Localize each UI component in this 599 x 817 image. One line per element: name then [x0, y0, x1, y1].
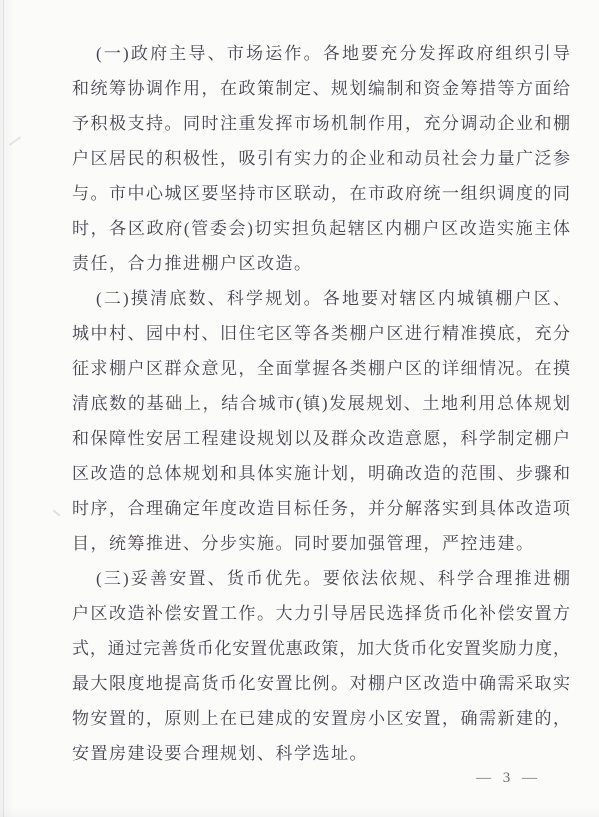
text-line: 时，各区政府(管委会)切实担负起辖区内棚户区改造实施主体	[72, 211, 570, 246]
text-line: (三)妥善安置、货币优先。要依法依规、科学合理推进棚	[72, 561, 570, 596]
text-line: 和统筹协调作用，在政策制定、规划编制和资金筹措等方面给	[72, 71, 570, 106]
text-line: 户区居民的积极性，吸引有实力的企业和动员社会力量广泛参	[72, 141, 570, 176]
scan-artifact	[9, 136, 22, 146]
text-line: 目，统筹推进、分步实施。同时要加强管理，严控违建。	[72, 526, 570, 561]
text-line: 式，通过完善货币化安置优惠政策，加大货币化安置奖励力度，	[72, 631, 570, 666]
text-line: (一)政府主导、市场运作。各地要充分发挥政府组织引导	[72, 36, 570, 71]
scan-artifact	[52, 509, 60, 516]
text-line: 最大限度地提高货币化安置比例。对棚户区改造中确需采取实	[72, 666, 570, 701]
text-line: 户区改造补偿安置工作。大力引导居民选择货币化补偿安置方	[72, 596, 570, 631]
page-number: — 3 —	[476, 768, 541, 788]
text-line: 城中村、园中村、旧住宅区等各类棚户区进行精准摸底，充分	[72, 316, 570, 351]
text-line: 时序，合理确定年度改造目标任务，并分解落实到具体改造项	[72, 491, 570, 526]
text-line: 清底数的基础上，结合城市(镇)发展规划、土地利用总体规划	[72, 386, 570, 421]
text-line: 与。市中心城区要坚持市区联动，在市政府统一组织调度的同	[72, 176, 570, 211]
scan-edge-artifact	[3, 0, 4, 817]
text-line: 予积极支持。同时注重发挥市场机制作用，充分调动企业和棚	[72, 106, 570, 141]
text-line: 区改造的总体规划和具体实施计划，明确改造的范围、步骤和	[72, 456, 570, 491]
text-line: 物安置的，原则上在已建成的安置房小区安置，确需新建的，	[72, 701, 570, 736]
text-line: 和保障性安居工程建设规划以及群众改造意愿，科学制定棚户	[72, 421, 570, 456]
scanned-document-page: (一)政府主导、市场运作。各地要充分发挥政府组织引导和统筹协调作用，在政策制定、…	[0, 0, 599, 817]
text-line: (二)摸清底数、科学规划。各地要对辖区内城镇棚户区、	[72, 281, 570, 316]
text-line: 征求棚户区群众意见，全面掌握各类棚户区的详细情况。在摸	[72, 351, 570, 386]
document-body: (一)政府主导、市场运作。各地要充分发挥政府组织引导和统筹协调作用，在政策制定、…	[72, 36, 570, 771]
text-line: 责任，合力推进棚户区改造。	[72, 246, 570, 281]
text-line: 安置房建设要合理规划、科学选址。	[72, 736, 570, 771]
